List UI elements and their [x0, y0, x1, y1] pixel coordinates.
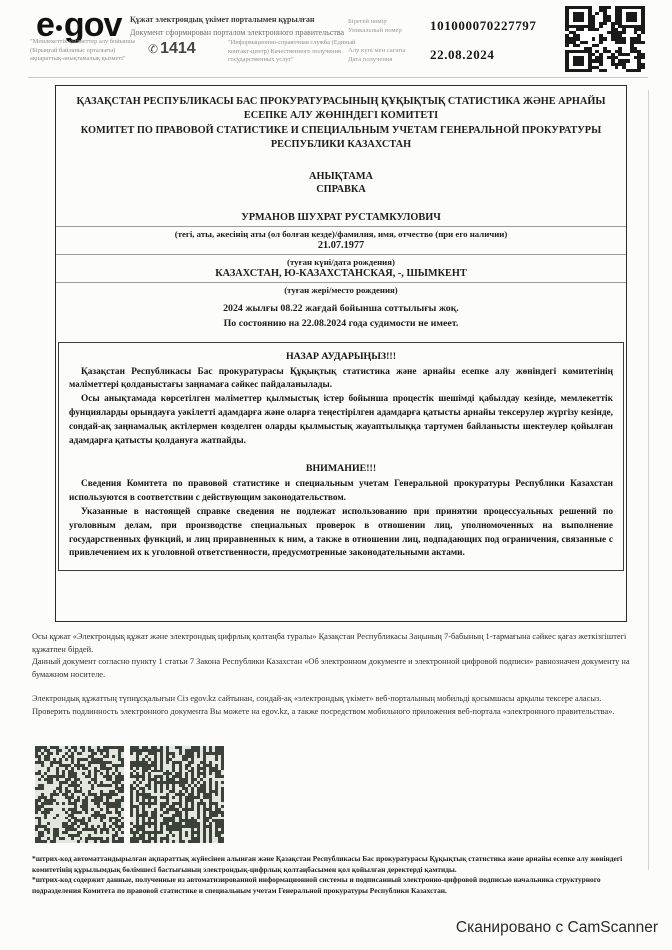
- unique-number-value: 101000070227797: [430, 18, 537, 34]
- org-title-ru: КОМИТЕТ ПО ПРАВОВОЙ СТАТИСТИКЕ И СПЕЦИАЛ…: [76, 124, 606, 153]
- certificate-box: ҚАЗАҚСТАН РЕСПУБЛИКАСЫ БАС ПРОКУРАТУРАСЫ…: [55, 85, 627, 622]
- legal-notes: Осы құжат «Электрондық құжат және электр…: [32, 631, 646, 719]
- unique-number-label-ru: Уникальный номер: [348, 26, 430, 35]
- warning-box: НАЗАР АУДАРЫҢЫЗ!!! Қазақстан Республикас…: [58, 342, 624, 572]
- origin-note-ru: Документ сформирован порталом электронно…: [130, 26, 370, 39]
- receive-date-label: Алу күні мен сағаты Дата получения: [348, 46, 430, 64]
- unique-number-label: Бірегей нөмір Уникальный номер: [348, 17, 430, 35]
- phone-receiver-icon: ✆: [148, 42, 158, 56]
- phone-number: 1414: [160, 40, 196, 57]
- document-type-ru: СПРАВКА: [56, 183, 626, 197]
- birth-place-caption: (туған жері/место рождения): [56, 283, 626, 296]
- footnote-kz: *штрих-код автоматтандырылған ақпараттық…: [32, 854, 648, 875]
- signature-barcodes: [35, 746, 224, 843]
- legal-kz-1: Осы құжат «Электрондық құжат және электр…: [32, 631, 646, 656]
- receive-date-label-ru: Дата получения: [348, 55, 430, 64]
- birth-date-field: 21.07.1977 (туған күні/дата рождения): [56, 240, 626, 268]
- contact-phone: ✆1414: [148, 40, 196, 58]
- egov-logo-ring-icon: [56, 25, 62, 31]
- barcode-footnotes: *штрих-код автоматтандырылған ақпараттық…: [32, 854, 648, 896]
- barcode-matrix-1: [35, 746, 124, 843]
- unique-number-label-kz: Бірегей нөмір: [348, 17, 430, 26]
- contact-center-label-kz: "Мемлекеттік қызметтер алу бойынша (Біры…: [30, 38, 144, 64]
- birth-place-field: КАЗАХСТАН, Ю-КАЗАХСТАНСКАЯ, -, ШЫМКЕНТ (…: [56, 268, 626, 296]
- origin-note-kz: Құжат электрондық үкімет порталымен құры…: [130, 13, 370, 26]
- legal-gap: [32, 681, 646, 693]
- birth-date-value: 21.07.1977: [56, 240, 626, 255]
- document-origin-note: Құжат электрондық үкімет порталымен құры…: [130, 13, 370, 39]
- qr-code: [565, 6, 645, 72]
- conviction-result-kz: 2024 жылғы 08.22 жағдай бойынша соттылығ…: [56, 301, 626, 317]
- warning-ru-p1: Сведения Комитета по правовой статистике…: [69, 478, 613, 506]
- scan-artifact-line: [648, 90, 649, 870]
- warning-kz-p2: Осы анықтамада көрсетілген мәліметтер қы…: [69, 393, 613, 449]
- footnote-ru: *штрих-код содержит данные, полученные и…: [32, 875, 648, 896]
- full-name-value: УРМАНОВ ШУХРАТ РУСТАМКУЛОВИЧ: [56, 212, 626, 227]
- header-divider: [28, 77, 648, 78]
- barcode-matrix-2: [130, 746, 224, 843]
- document-type: АНЫҚТАМА СПРАВКА: [56, 170, 626, 197]
- receive-date-value: 22.08.2024: [430, 47, 495, 63]
- warning-kz-p1: Қазақстан Республикасы Бас прокуратурасы…: [69, 366, 613, 394]
- legal-ru-1: Данный документ согласно пункту 1 статьи…: [32, 656, 646, 681]
- full-name-caption: (тегі, аты, әкесінің аты (ол болған кезд…: [56, 227, 626, 240]
- birth-place-value: КАЗАХСТАН, Ю-КАЗАХСТАНСКАЯ, -, ШЫМКЕНТ: [56, 268, 626, 283]
- legal-ru-2: Проверить подлинность электронного докум…: [32, 706, 646, 719]
- camscanner-watermark: Сканировано с CamScanner: [456, 919, 658, 937]
- conviction-result-ru: По состоянию на 22.08.2024 года судимост…: [56, 316, 626, 332]
- birth-date-caption: (туған күні/дата рождения): [56, 255, 626, 268]
- document-type-kz: АНЫҚТАМА: [56, 170, 626, 184]
- org-title-kz: ҚАЗАҚСТАН РЕСПУБЛИКАСЫ БАС ПРОКУРАТУРАСЫ…: [76, 95, 606, 124]
- legal-kz-2: Электрондық құжаттың түпнұсқалығын Сіз e…: [32, 693, 646, 706]
- contact-center-label-ru: "Информационно-справочная служба (Единый…: [228, 39, 356, 65]
- warning-ru-p2: Указанные в настоящей справке сведения н…: [69, 506, 613, 562]
- full-name-field: УРМАНОВ ШУХРАТ РУСТАМКУЛОВИЧ (тегі, аты,…: [56, 212, 626, 240]
- receive-date-label-kz: Алу күні мен сағаты: [348, 46, 430, 55]
- conviction-result: 2024 жылғы 08.22 жағдай бойынша соттылығ…: [56, 301, 626, 332]
- org-title: ҚАЗАҚСТАН РЕСПУБЛИКАСЫ БАС ПРОКУРАТУРАСЫ…: [56, 95, 626, 153]
- warning-title-ru: ВНИМАНИЕ!!!: [69, 462, 613, 476]
- warning-title-kz: НАЗАР АУДАРЫҢЫЗ!!!: [69, 350, 613, 364]
